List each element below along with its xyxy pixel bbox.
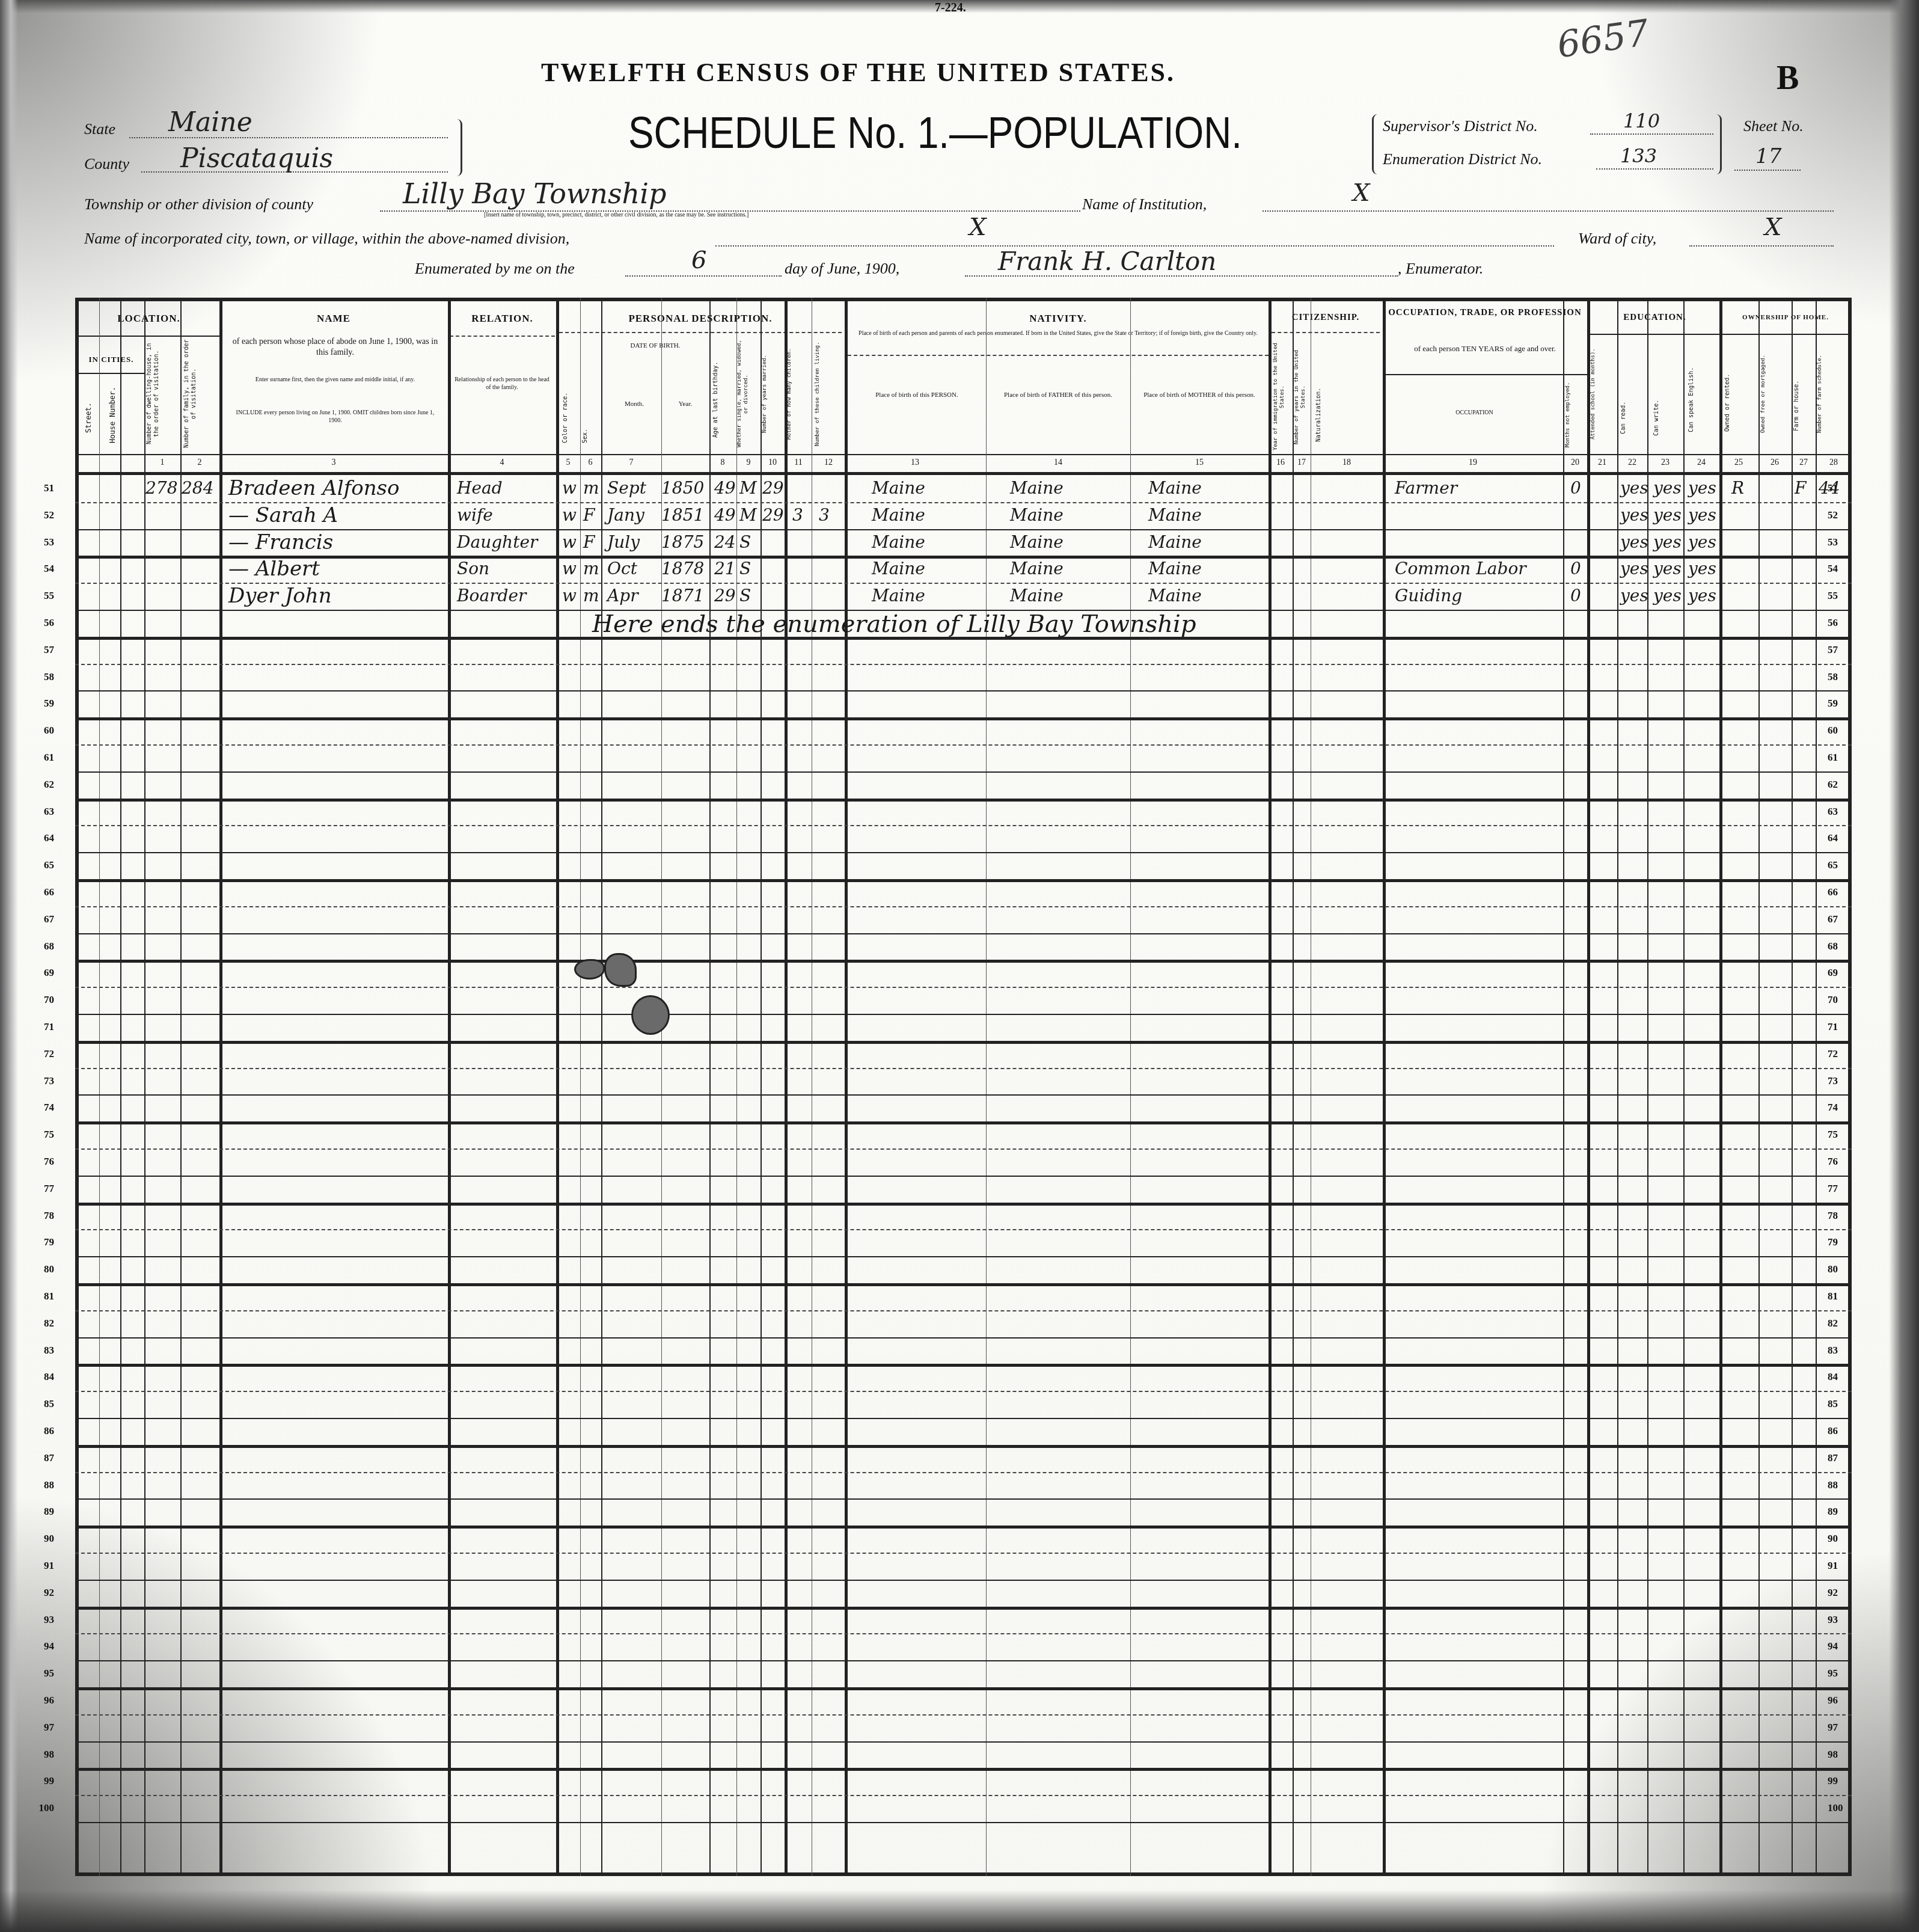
relation-description: Relationship of each person to the head … <box>454 376 550 391</box>
row-divider <box>75 933 1852 934</box>
cell-months-unemployed: 0 <box>1570 476 1581 500</box>
vheader-english: Can speak English. <box>1688 349 1716 451</box>
vheader-can-read: Can read. <box>1620 385 1644 451</box>
line-number-right: 64 <box>1828 832 1852 844</box>
row-divider <box>75 1068 1852 1069</box>
cell-color: w <box>562 476 577 500</box>
row-divider <box>75 529 1852 530</box>
line-number-left: 76 <box>30 1156 54 1168</box>
brace-right <box>457 119 462 176</box>
row-divider <box>75 960 1852 963</box>
row-divider <box>75 825 1852 826</box>
line-number-right: 91 <box>1828 1560 1852 1572</box>
brace-left <box>1372 114 1377 174</box>
line-number-right: 61 <box>1828 752 1852 764</box>
line-number-left: 80 <box>30 1263 54 1275</box>
enumerator-label: , Enumerator. <box>1398 260 1483 278</box>
enumerated-day-line <box>625 275 782 277</box>
column-number: 20 <box>1566 458 1584 468</box>
line-number-right: 82 <box>1828 1317 1852 1329</box>
column-line <box>580 298 581 1876</box>
row-divider <box>75 744 1852 746</box>
enumerator-signature: Frank H. Carlton <box>998 247 1216 276</box>
row-divider <box>75 1607 1852 1610</box>
line-number-left: 72 <box>30 1048 54 1060</box>
cell-birth-person: Maine <box>872 584 925 608</box>
row-divider <box>75 1714 1852 1716</box>
line-number-left: 66 <box>30 886 54 898</box>
cell-birth-father: Maine <box>1010 476 1064 500</box>
line-number-left: 51 <box>30 482 54 494</box>
cell-occupation: Guiding <box>1395 584 1462 608</box>
scan-edge-right <box>1889 0 1919 1932</box>
line-number-right: 63 <box>1828 806 1852 818</box>
schedule-title: SCHEDULE No. 1.—POPULATION. <box>628 107 1242 158</box>
column-number: 10 <box>764 458 782 468</box>
township-label: Township or other division of county <box>84 195 313 213</box>
column-line <box>986 298 987 1876</box>
column-line <box>601 298 602 1876</box>
line-number-right: 95 <box>1828 1667 1852 1679</box>
line-number-right: 53 <box>1828 536 1852 548</box>
cell-month: Apr <box>607 584 638 608</box>
vheader-free-mortgaged: Owned free or mortgaged. <box>1760 337 1789 451</box>
name-instruction-2: INCLUDE every person living on June 1, 1… <box>231 409 439 425</box>
row-divider <box>75 1391 1852 1392</box>
line-number-left: 83 <box>30 1345 54 1357</box>
header-ownership: OWNERSHIP OF HOME. <box>1722 314 1849 321</box>
vheader-dwelling: Number of dwelling-house, in the order o… <box>146 337 179 451</box>
line-number-left: 75 <box>30 1129 54 1141</box>
line-number-right: 77 <box>1828 1183 1852 1195</box>
enumeration-district-value: 133 <box>1620 144 1657 167</box>
cell-children-born: 3 <box>792 503 803 527</box>
row-divider <box>75 1121 1852 1124</box>
education-divider <box>1590 334 1722 335</box>
enumerated-prefix: Enumerated by me on the <box>415 260 575 278</box>
enumerated-suffix: day of June, 1900, <box>785 260 899 278</box>
cell-birth-mother: Maine <box>1148 584 1202 608</box>
cell-birth-person: Maine <box>872 476 925 500</box>
cell-sex: F <box>583 503 595 527</box>
cell-months-unemployed: 0 <box>1570 557 1581 581</box>
cell-read: yes <box>1620 476 1648 500</box>
cell-color: w <box>562 557 577 581</box>
column-line <box>1683 298 1685 1876</box>
line-number-left: 90 <box>30 1533 54 1545</box>
cell-write: yes <box>1653 584 1682 608</box>
column-line <box>180 298 182 1876</box>
brace-right-2 <box>1716 114 1722 174</box>
cell-family: 284 <box>182 476 213 500</box>
cell-birth-father: Maine <box>1010 530 1064 554</box>
line-number-right: 96 <box>1828 1694 1852 1707</box>
line-number-left: 52 <box>30 509 54 521</box>
supervisor-label: Supervisor's District No. <box>1383 117 1538 135</box>
cell-farm: F <box>1795 476 1806 500</box>
line-number-left: 56 <box>30 617 54 629</box>
vheader-house-number: House Number. <box>108 379 120 451</box>
line-number-right: 74 <box>1828 1102 1852 1114</box>
line-number-right: 75 <box>1828 1129 1852 1141</box>
relation-divider <box>450 336 555 337</box>
column-number: 16 <box>1272 458 1290 468</box>
line-number-left: 73 <box>30 1075 54 1087</box>
column-line <box>1587 298 1590 1876</box>
line-number-left: 77 <box>30 1183 54 1195</box>
cell-relation: wife <box>457 503 493 527</box>
row-divider <box>75 1553 1852 1554</box>
cell-age: 21 <box>714 557 736 581</box>
cell-farm-schedule: 44 <box>1819 476 1840 500</box>
state-label: State <box>84 120 115 138</box>
column-number: 27 <box>1795 458 1813 468</box>
line-number-left: 54 <box>30 563 54 575</box>
sheet-label: Sheet No. <box>1743 117 1804 135</box>
cell-birth-father: Maine <box>1010 557 1064 581</box>
row-divider <box>75 690 1852 692</box>
cell-birth-mother: Maine <box>1148 557 1202 581</box>
cell-name: — Francis <box>228 530 333 554</box>
line-number-right: 85 <box>1828 1398 1852 1410</box>
cell-year: 1850 <box>661 476 704 500</box>
ownership-divider <box>1722 334 1852 335</box>
row-divider <box>75 1203 1852 1206</box>
cell-birth-father: Maine <box>1010 503 1064 527</box>
column-number: 26 <box>1766 458 1784 468</box>
cell-english: yes <box>1688 476 1716 500</box>
cell-name: — Albert <box>228 557 320 581</box>
line-number-right: 58 <box>1828 671 1852 683</box>
citizenship-divider <box>1272 332 1380 333</box>
cell-marital: S <box>739 557 751 581</box>
line-number-right: 79 <box>1828 1236 1852 1248</box>
cell-age: 24 <box>714 530 736 554</box>
township-value: Lilly Bay Township <box>403 177 666 210</box>
line-number-left: 68 <box>30 940 54 952</box>
cell-color: w <box>562 530 577 554</box>
vheader-school: Attended school (in months). <box>1590 337 1615 451</box>
row-divider <box>75 771 1852 773</box>
column-line <box>1269 298 1272 1876</box>
line-number-right: 57 <box>1828 644 1852 656</box>
column-line <box>99 298 100 1876</box>
column-number: 1 <box>153 458 171 468</box>
enumeration-district-label: Enumeration District No. <box>1383 150 1542 168</box>
line-number-left: 81 <box>30 1290 54 1302</box>
cell-age: 49 <box>714 476 736 500</box>
table-header-bottom-rule <box>75 472 1852 475</box>
occupation-description: of each person TEN YEARS of age and over… <box>1395 344 1575 354</box>
line-number-right: 68 <box>1828 940 1852 952</box>
row-divider <box>75 1633 1852 1634</box>
cell-owned: R <box>1731 476 1744 500</box>
header-education: EDUCATION. <box>1590 313 1719 323</box>
column-line <box>1758 298 1760 1876</box>
supervisor-value: 110 <box>1623 109 1660 132</box>
occupation-divider <box>1386 374 1587 375</box>
vheader-sex: Sex. <box>582 421 599 451</box>
vheader-farm-house: Farm or house. <box>1793 361 1814 451</box>
column-number: 18 <box>1338 458 1356 468</box>
date-of-birth-label: DATE OF BIRTH. <box>601 342 709 350</box>
ward-label: Ward of city, <box>1578 230 1656 248</box>
row-divider <box>75 1176 1852 1177</box>
cell-marital: S <box>739 584 751 608</box>
row-divider <box>75 1445 1852 1448</box>
column-number: 7 <box>622 458 640 468</box>
row-divider <box>75 1498 1852 1500</box>
row-divider <box>75 1526 1852 1529</box>
row-divider <box>75 1014 1852 1015</box>
column-line <box>1617 298 1618 1876</box>
cell-years-married: 29 <box>762 476 784 500</box>
cell-year: 1875 <box>661 530 704 554</box>
cell-read: yes <box>1620 503 1648 527</box>
cell-year: 1851 <box>661 503 704 527</box>
nativity-description: Place of birth of each person and parent… <box>854 330 1262 337</box>
scan-edge-left <box>0 0 18 1932</box>
line-number-left: 57 <box>30 644 54 656</box>
row-divider <box>75 1148 1852 1150</box>
enumeration-field-line <box>1596 168 1713 170</box>
cell-year: 1878 <box>661 557 704 581</box>
row-divider <box>75 799 1852 802</box>
line-number-left: 95 <box>30 1667 54 1679</box>
vheader-naturalization: Naturalization. <box>1315 379 1330 451</box>
row-divider <box>75 664 1852 665</box>
line-number-right: 70 <box>1828 994 1852 1006</box>
line-number-right: 88 <box>1828 1479 1852 1491</box>
header-in-cities: IN CITIES. <box>78 355 144 364</box>
line-number-right: 66 <box>1828 886 1852 898</box>
column-number: 14 <box>1049 458 1067 468</box>
row-divider <box>75 852 1852 853</box>
cell-age: 49 <box>714 503 736 527</box>
birth-father-label: Place of birth of FATHER of this person. <box>992 391 1124 399</box>
cell-birth-mother: Maine <box>1148 503 1202 527</box>
birth-person-label: Place of birth of this PERSON. <box>854 391 980 399</box>
line-number-left: 63 <box>30 806 54 818</box>
cell-relation: Daughter <box>457 530 537 554</box>
cell-read: yes <box>1620 530 1648 554</box>
line-number-left: 71 <box>30 1021 54 1033</box>
column-line <box>1130 298 1131 1876</box>
cell-sex: m <box>583 476 599 500</box>
line-number-right: 55 <box>1828 590 1852 602</box>
ink-blot-2 <box>604 953 637 987</box>
vheader-immigration: Year of immigration to the United States… <box>1273 343 1291 451</box>
column-number: 15 <box>1190 458 1208 468</box>
row-divider <box>75 1364 1852 1367</box>
row-divider <box>75 1472 1852 1473</box>
sheet-letter: B <box>1777 59 1799 97</box>
column-line <box>785 298 788 1876</box>
line-number-right: 94 <box>1828 1640 1852 1652</box>
row-divider <box>75 1660 1852 1661</box>
line-number-right: 80 <box>1828 1263 1852 1275</box>
column-line <box>1383 298 1386 1876</box>
cell-month: July <box>607 530 640 554</box>
line-number-right: 92 <box>1828 1587 1852 1599</box>
cell-relation: Head <box>457 476 503 500</box>
header-column-number-rule <box>75 454 1852 455</box>
line-number-right: 76 <box>1828 1156 1852 1168</box>
line-number-right: 72 <box>1828 1048 1852 1060</box>
line-number-right: 84 <box>1828 1371 1852 1383</box>
name-description: of each person whose place of abode on J… <box>231 337 439 358</box>
cell-english: yes <box>1688 557 1716 581</box>
header-citizenship: CITIZENSHIP. <box>1272 313 1380 323</box>
line-number-right: 97 <box>1828 1722 1852 1734</box>
line-number-left: 92 <box>30 1587 54 1599</box>
line-number-right: 81 <box>1828 1290 1852 1302</box>
cell-color: w <box>562 584 577 608</box>
archive-number: 6657 <box>1555 12 1651 67</box>
cell-birth-father: Maine <box>1010 584 1064 608</box>
column-number: 12 <box>819 458 837 468</box>
vheader-months-unemployed: Months not employed. <box>1565 379 1585 451</box>
cell-name: Dyer John <box>228 584 332 608</box>
column-line <box>448 298 451 1876</box>
row-divider <box>75 1041 1852 1044</box>
township-instruction: [Insert name of township, town, precinct… <box>484 212 748 218</box>
column-number: 21 <box>1593 458 1611 468</box>
line-number-left: 79 <box>30 1236 54 1248</box>
cell-relation: Boarder <box>457 584 526 608</box>
county-value: Piscataquis <box>180 143 333 174</box>
column-number: 13 <box>906 458 924 468</box>
cell-name: — Sarah A <box>228 503 338 527</box>
column-line <box>120 298 121 1876</box>
row-divider <box>75 502 1852 503</box>
cell-english: yes <box>1688 584 1716 608</box>
line-number-left: 64 <box>30 832 54 844</box>
ward-value: X <box>1764 213 1781 241</box>
vheader-street: Street. <box>84 385 96 451</box>
population-table <box>75 298 1852 1876</box>
line-number-left: 93 <box>30 1614 54 1626</box>
form-code: 7-224. <box>935 1 966 15</box>
column-number: 8 <box>714 458 732 468</box>
line-number-left: 99 <box>30 1775 54 1787</box>
line-number-left: 70 <box>30 994 54 1006</box>
line-number-left: 84 <box>30 1371 54 1383</box>
column-line <box>144 298 145 1876</box>
line-number-left: 87 <box>30 1452 54 1464</box>
nativity-divider <box>848 355 1269 356</box>
column-number: 22 <box>1623 458 1641 468</box>
line-number-right: 83 <box>1828 1345 1852 1357</box>
in-cities-divider <box>78 373 144 374</box>
line-number-right: 69 <box>1828 967 1852 979</box>
cell-birth-mother: Maine <box>1148 476 1202 500</box>
cell-dwelling: 278 <box>145 476 177 500</box>
line-number-left: 96 <box>30 1694 54 1707</box>
row-divider <box>75 1094 1852 1096</box>
line-number-right: 71 <box>1828 1021 1852 1033</box>
column-number: 4 <box>493 458 511 468</box>
scan-edge-bottom <box>0 1890 1919 1932</box>
row-divider <box>75 717 1852 720</box>
cell-children-living: 3 <box>819 503 830 527</box>
row-divider <box>75 1822 1852 1823</box>
sheet-value: 17 <box>1755 144 1781 168</box>
header-nativity: NATIVITY. <box>848 313 1269 325</box>
column-line <box>1563 298 1564 1876</box>
line-number-left: 82 <box>30 1317 54 1329</box>
line-number-right: 78 <box>1828 1210 1852 1222</box>
line-number-right: 89 <box>1828 1506 1852 1518</box>
vheader-owned-rented: Owned or rented. <box>1724 355 1754 451</box>
cell-read: yes <box>1620 584 1648 608</box>
line-number-left: 86 <box>30 1425 54 1437</box>
line-number-right: 52 <box>1828 509 1852 521</box>
cell-english: yes <box>1688 530 1716 554</box>
city-value: X <box>969 213 986 241</box>
year-label: Year. <box>661 400 709 408</box>
row-divider <box>75 1687 1852 1690</box>
line-number-left: 94 <box>30 1640 54 1652</box>
county-label: County <box>84 155 129 173</box>
column-line <box>761 298 762 1876</box>
row-divider <box>75 1229 1852 1230</box>
institution-value: X <box>1353 179 1370 207</box>
line-number-right: 93 <box>1828 1614 1852 1626</box>
vheader-color: Color or race. <box>562 385 579 451</box>
row-divider <box>75 1418 1852 1419</box>
line-number-left: 91 <box>30 1560 54 1572</box>
month-label: Month. <box>607 400 661 408</box>
institution-label: Name of Institution, <box>1082 195 1207 213</box>
line-number-right: 60 <box>1828 725 1852 737</box>
line-number-left: 58 <box>30 671 54 683</box>
column-line <box>845 298 848 1876</box>
header-relation: RELATION. <box>450 313 555 325</box>
enumerated-day: 6 <box>691 247 706 274</box>
ink-blot-3 <box>631 995 670 1035</box>
cell-name: Bradeen Alfonso <box>228 476 400 500</box>
line-number-left: 88 <box>30 1479 54 1491</box>
cell-marital: M <box>739 503 757 527</box>
line-number-right: 100 <box>1828 1802 1852 1814</box>
column-number: 5 <box>559 458 577 468</box>
column-number: 28 <box>1825 458 1843 468</box>
line-number-right: 99 <box>1828 1775 1852 1787</box>
state-value: Maine <box>168 107 252 138</box>
line-number-left: 59 <box>30 698 54 710</box>
birth-mother-label: Place of birth of MOTHER of this person. <box>1136 391 1262 399</box>
vheader-years-married: Number of years married. <box>762 337 783 451</box>
ink-blot-1 <box>574 959 605 980</box>
cell-occupation: Common Labor <box>1395 557 1526 581</box>
cell-sex: m <box>583 557 599 581</box>
line-number-left: 62 <box>30 779 54 791</box>
cell-marital: S <box>739 530 751 554</box>
cell-age: 29 <box>714 584 736 608</box>
occupation-sub-label: OCCUPATION <box>1386 409 1563 417</box>
cell-write: yes <box>1653 557 1682 581</box>
header-occupation: OCCUPATION, TRADE, OR PROFESSION <box>1386 308 1584 318</box>
cell-month: Jany <box>607 503 644 527</box>
row-divider <box>75 1580 1852 1581</box>
column-number: 17 <box>1293 458 1311 468</box>
row-divider <box>75 1283 1852 1286</box>
column-line <box>556 298 559 1876</box>
column-line <box>736 298 737 1876</box>
vheader-children-born: Mother of how many children. <box>786 337 813 451</box>
line-number-left: 100 <box>30 1802 54 1814</box>
